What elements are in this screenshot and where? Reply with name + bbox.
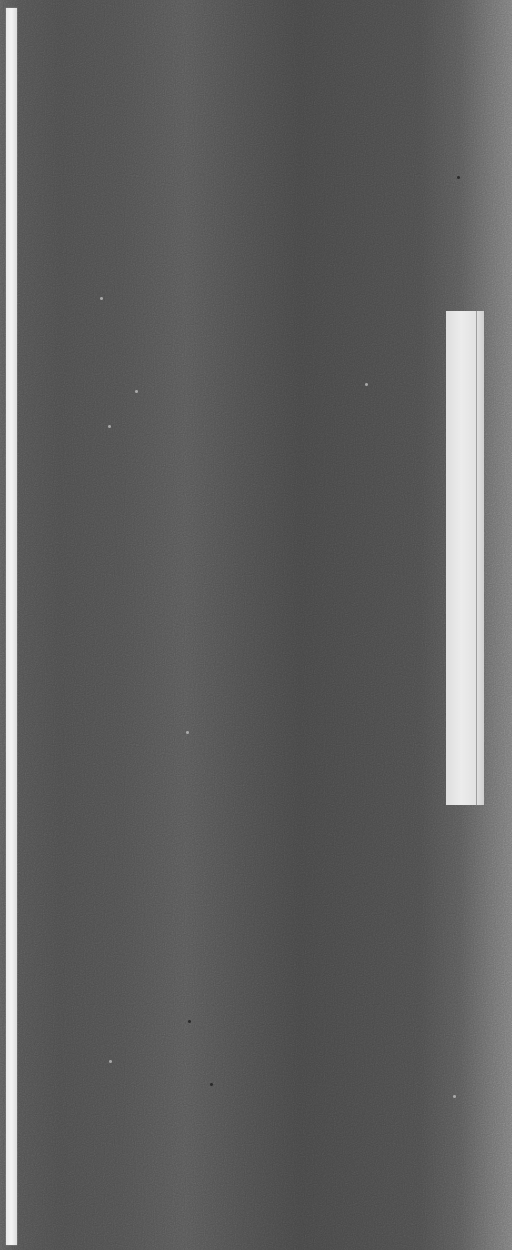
debris-speck xyxy=(210,1083,213,1086)
debris-speck xyxy=(135,390,138,393)
debris-speck xyxy=(453,1095,456,1098)
debris-speck xyxy=(108,425,111,428)
debris-speck xyxy=(365,383,368,386)
asphalt-texture xyxy=(0,0,512,1250)
debris-speck xyxy=(100,297,103,300)
dashed-lane-marking xyxy=(446,311,484,805)
debris-speck xyxy=(186,731,189,734)
solid-lane-line xyxy=(6,8,17,1245)
debris-speck xyxy=(457,176,460,179)
road-surface xyxy=(0,0,512,1250)
debris-speck xyxy=(109,1060,112,1063)
debris-speck xyxy=(188,1020,191,1023)
